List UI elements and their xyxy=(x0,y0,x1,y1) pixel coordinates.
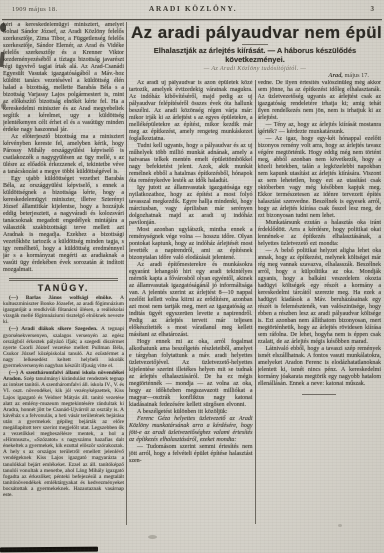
paragraph: Az előterjesztő bizottság ma a miniszter… xyxy=(3,134,124,176)
ink-blot-mark xyxy=(0,23,6,32)
article-area: Az aradi pályaudvar nem épül? Elhalasztj… xyxy=(129,22,381,553)
issue-date: 1909 május 18. xyxy=(12,6,133,13)
page-number: 3 xyxy=(253,5,374,13)
column-divider xyxy=(126,22,127,525)
middle-column: Az aradi uj pályaudvar is azon épületek … xyxy=(129,80,253,526)
right-column: vedne. De ilyen értesítés valószinüleg m… xyxy=(258,80,382,526)
article-header: Az aradi pályaudvar nem épül? Elhalasztj… xyxy=(129,22,381,80)
news-item: (—) Aradi diákok sikere Szegeden.A tegna… xyxy=(3,326,124,369)
paragraph: Az aradi uj pályaudvar is azon épületek … xyxy=(129,80,253,143)
paragraph: Munkatársunk ezután a halasztás oka irán… xyxy=(258,220,382,248)
paragraph: Most azonban ugylátszik, mintha ennek a … xyxy=(129,227,253,262)
section-divider xyxy=(9,278,118,281)
scan-smudge xyxy=(148,535,157,539)
paragraph: — Tény az, hogy az árlejtés kiírását mos… xyxy=(258,122,382,136)
paragraph: — Tudomásom szerint semmi értesítés nem … xyxy=(129,444,253,465)
news-item-text: A tegnapi gyorsénekversenyen, szalagos v… xyxy=(3,326,124,369)
article-byline: — Az Aradi Közlöny tudósítójától. — xyxy=(131,65,379,72)
article-columns: Az aradi uj pályaudvar is azon épületek … xyxy=(129,80,381,526)
scan-smudge xyxy=(338,524,342,527)
dateline-date: május 17. xyxy=(345,72,370,79)
column-divider xyxy=(255,80,256,524)
headline-rule xyxy=(242,44,268,45)
newspaper-page: 1909 május 18. ARADI KÖZLÖNY. 3 kéri a k… xyxy=(0,0,384,553)
article-dateline: Arad, május 17. xyxy=(131,72,369,79)
scan-edge-bar xyxy=(0,547,98,553)
paragraph: kéri a kereskedelemügyi minisztert, amel… xyxy=(3,22,124,134)
paragraph: Az aradi építőmesterekre és munkásokra e… xyxy=(129,262,253,339)
ink-blot-mark xyxy=(1,103,6,109)
dateline-place: Arad, xyxy=(328,72,343,79)
paragraph: Tudni kell ugyanis, hogy a pályaudvar és… xyxy=(129,143,253,185)
article-subhead: Elhalasztják az árlejtés kiírását. — A h… xyxy=(138,47,373,64)
paragraph: Hogy ennek mi az oka, arról fogalmat alk… xyxy=(129,339,253,409)
paragraph: vedne. De ilyen értesítés valószinüleg m… xyxy=(258,80,382,122)
article-end-divider xyxy=(302,394,336,395)
paragraph: Látnivaló ebből, hogy a tavaszi szép rem… xyxy=(258,346,382,388)
page-header: 1909 május 18. ARADI KÖZLÖNY. 3 xyxy=(0,0,384,18)
left-column: kéri a kereskedelemügyi minisztert, amel… xyxy=(3,22,124,527)
paragraph: — A belső politikai helyzet aligha lehet… xyxy=(258,248,382,346)
paragraph: Ferenc Géza helyettes üzletvezető az Ara… xyxy=(129,416,253,444)
news-item: (—) Barlas János wolfsági elnöke.A kultu… xyxy=(3,295,124,325)
masthead: ARADI KÖZLÖNY. xyxy=(133,4,254,13)
paragraph: A beszélgetést különben itt közöljük: xyxy=(129,409,253,416)
news-item: (—) A szentháromfalvi állami iskola növe… xyxy=(3,370,124,498)
paragraph: — Az igaz, hogy egy-két hónappal ezelőtt… xyxy=(258,136,382,220)
paragraph: Egy ujabb küldöttséget vezethet Barabás … xyxy=(3,176,124,274)
news-item-text: Szép tanulmányi kirándulást rendeztek te… xyxy=(3,376,124,498)
article-headline: Az aradi pályaudvar nem épül? xyxy=(131,23,379,42)
section-title: TANÜGY. xyxy=(3,283,124,293)
page-body: kéri a kereskedelemügyi minisztert, amel… xyxy=(0,20,384,553)
news-item-lead: (—) Aradi diákok sikere Szegeden. xyxy=(9,326,101,332)
paragraph: Igy jutott az államvasutak igazgatósága … xyxy=(129,185,253,227)
